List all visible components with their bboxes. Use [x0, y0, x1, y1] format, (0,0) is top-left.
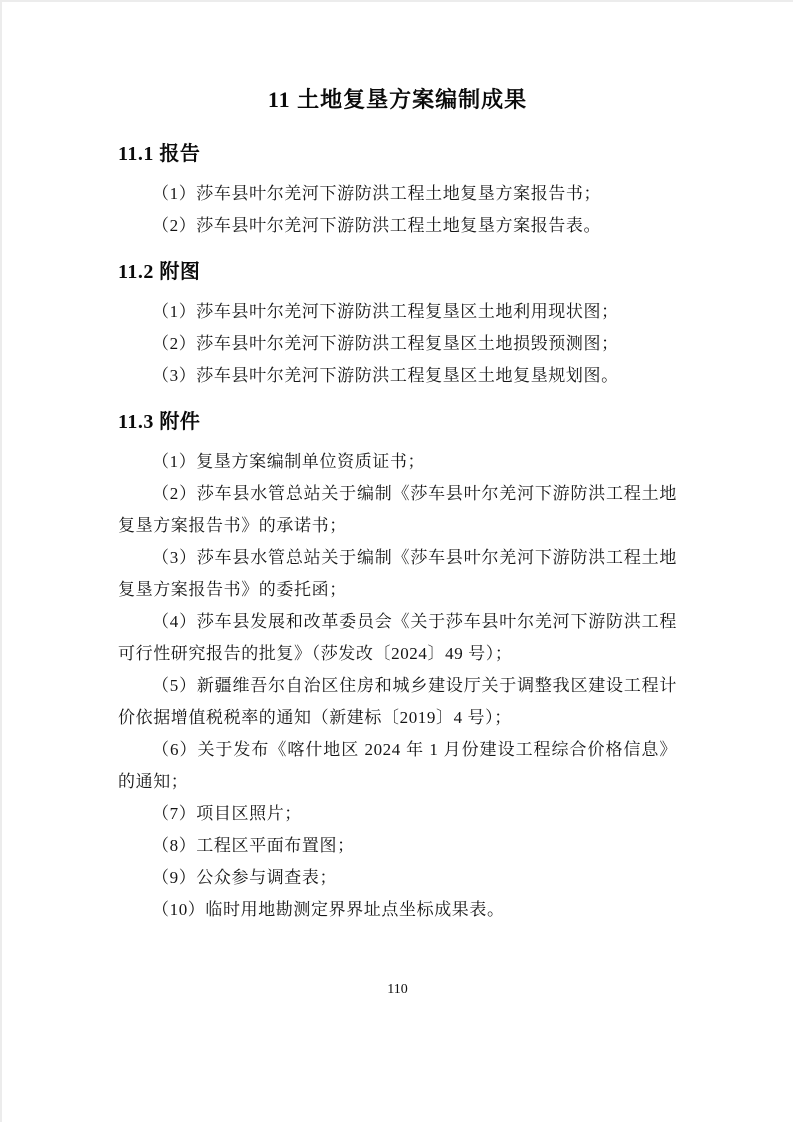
- list-item: （8）工程区平面布置图；: [118, 830, 677, 862]
- list-item: （1）莎车县叶尔羌河下游防洪工程复垦区土地利用现状图；: [118, 296, 677, 328]
- list-item: （1）复垦方案编制单位资质证书；: [118, 446, 677, 478]
- list-item: （2）莎车县水管总站关于编制《莎车县叶尔羌河下游防洪工程土地复垦方案报告书》的承…: [118, 478, 677, 542]
- section-figures: 11.2 附图 （1）莎车县叶尔羌河下游防洪工程复垦区土地利用现状图； （2）莎…: [118, 258, 677, 392]
- list-item: （2）莎车县叶尔羌河下游防洪工程土地复垦方案报告表。: [118, 210, 677, 242]
- section-heading-11-1: 11.1 报告: [118, 140, 677, 168]
- list-item: （5）新疆维吾尔自治区住房和城乡建设厅关于调整我区建设工程计价依据增值税税率的通…: [118, 670, 677, 734]
- chapter-title: 11 土地复垦方案编制成果: [118, 84, 677, 116]
- list-item: （4）莎车县发展和改革委员会《关于莎车县叶尔羌河下游防洪工程可行性研究报告的批复…: [118, 606, 677, 670]
- section-heading-11-3: 11.3 附件: [118, 408, 677, 436]
- list-item: （3）莎车县水管总站关于编制《莎车县叶尔羌河下游防洪工程土地复垦方案报告书》的委…: [118, 542, 677, 606]
- page-number: 110: [2, 982, 793, 998]
- list-item: （2）莎车县叶尔羌河下游防洪工程复垦区土地损毁预测图；: [118, 328, 677, 360]
- section-heading-11-2: 11.2 附图: [118, 258, 677, 286]
- list-item: （3）莎车县叶尔羌河下游防洪工程复垦区土地复垦规划图。: [118, 360, 677, 392]
- list-item: （1）莎车县叶尔羌河下游防洪工程土地复垦方案报告书；: [118, 178, 677, 210]
- list-item: （6）关于发布《喀什地区 2024 年 1 月份建设工程综合价格信息》的通知；: [118, 734, 677, 798]
- list-item: （10）临时用地勘测定界界址点坐标成果表。: [118, 894, 677, 926]
- list-item: （7）项目区照片；: [118, 798, 677, 830]
- section-report: 11.1 报告 （1）莎车县叶尔羌河下游防洪工程土地复垦方案报告书； （2）莎车…: [118, 140, 677, 242]
- section-attachments: 11.3 附件 （1）复垦方案编制单位资质证书； （2）莎车县水管总站关于编制《…: [118, 408, 677, 926]
- document-page: 11 土地复垦方案编制成果 11.1 报告 （1）莎车县叶尔羌河下游防洪工程土地…: [0, 0, 793, 1122]
- list-item: （9）公众参与调查表；: [118, 862, 677, 894]
